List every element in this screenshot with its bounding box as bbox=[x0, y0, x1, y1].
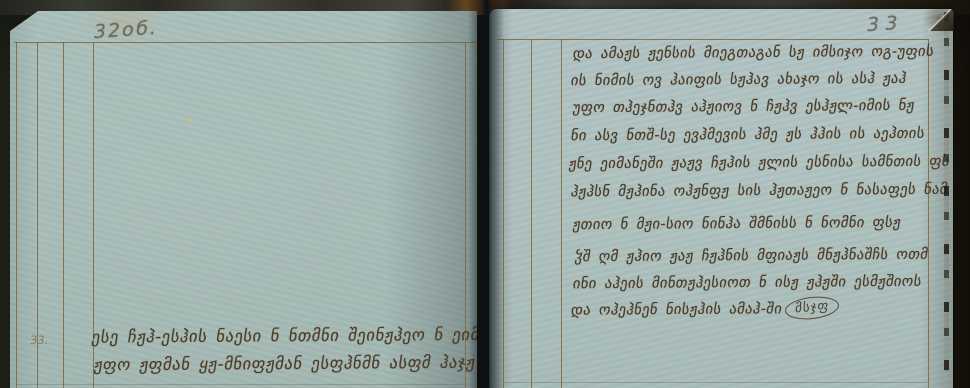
handwriting-line: უფო თჰეჯნთჰვ აჰჟიოვ ნ ჩჟჰვ ესჰჟლ-იმის ნჟ bbox=[572, 99, 916, 116]
rule-vertical bbox=[531, 39, 532, 388]
left-page: 32об. 33. ესე ჩჟჰ-ესჰის ნაესი ნ ნთმნი შე… bbox=[10, 11, 477, 388]
right-page: 33 Ʒ. და ამაჟს ჟენსის მიეგთაგან სჟ იმსიჯ… bbox=[489, 9, 953, 388]
rule-vertical bbox=[503, 39, 504, 388]
handwriting-line: ესე ჩჟჰ-ესჰის ნაესი ნ ნთმნი შეინჟჰეო ნ ე… bbox=[91, 326, 540, 346]
folio-number-verso: 32об. bbox=[92, 17, 159, 43]
edge-corner-mark: Ʒ. bbox=[934, 14, 952, 29]
handwriting-line: ნი ასვ ნთშ-სე ევჰმევის ჰმე ჟს ჰჰის ის აე… bbox=[570, 127, 926, 144]
manuscript-scan: 32об. 33. ესე ჩჟჰ-ესჰის ნაესი ნ ნთმნი შე… bbox=[0, 0, 970, 388]
rule-vertical bbox=[928, 39, 929, 388]
rule-vertical bbox=[16, 42, 17, 388]
rule-bottom-left-page bbox=[16, 384, 466, 385]
rule-vertical bbox=[63, 42, 64, 388]
handwriting-line: და ოჰეჰნენ ნისჟჰის ამაჰ-ში bbox=[570, 302, 783, 318]
handwriting-line: და ამაჟს ჟენსის მიეგთაგან სჟ იმსიჯო ოგ-უ… bbox=[572, 45, 935, 62]
rule-top-left-page bbox=[14, 42, 476, 43]
handwriting-line: ჟნე ეიმანეში ჟაჟვ ჩჟჰის ჟლის ესნისა სამნ… bbox=[568, 155, 951, 172]
rule-bottom-right-page bbox=[503, 382, 928, 383]
handwriting-line: ჟთიო ნ მჟი-სიო ნინჰა შმნისს ნ ნომნი ფსჟ bbox=[572, 216, 902, 233]
folio-number-recto: 33 bbox=[865, 12, 905, 36]
circled-annotation: მსჯფ bbox=[785, 295, 840, 322]
handwriting-line: ჰჟჰსნ მჟჰინა ოჰჟნფჟ სის ჰჟთაჟეო ნ ნასაფე… bbox=[570, 183, 949, 200]
handwriting-line: ის ნიმის ოვ ჰაიფის სჟჰავ ახაჯო ის ასჰ ჟა… bbox=[570, 72, 908, 89]
handwriting-line: ინი აჰეის მინთჟჰესიოთ ნ ისჟ ჟჰჟში ესმჟში… bbox=[572, 275, 923, 292]
rule-vertical bbox=[561, 39, 562, 388]
handwriting-line: ჴშ ღმ ჟჰიო ჟაჟ ჩჟჰნის მფიაჟს მნჟჰნაშჩს ო… bbox=[574, 248, 930, 265]
handwriting-line: ჟფო ჟფმან ყჟ-მნიფჟმან ესფჰნმნ ასფმ ჰაჯჟ bbox=[93, 355, 477, 374]
margin-entry-number: 33. bbox=[29, 333, 49, 347]
